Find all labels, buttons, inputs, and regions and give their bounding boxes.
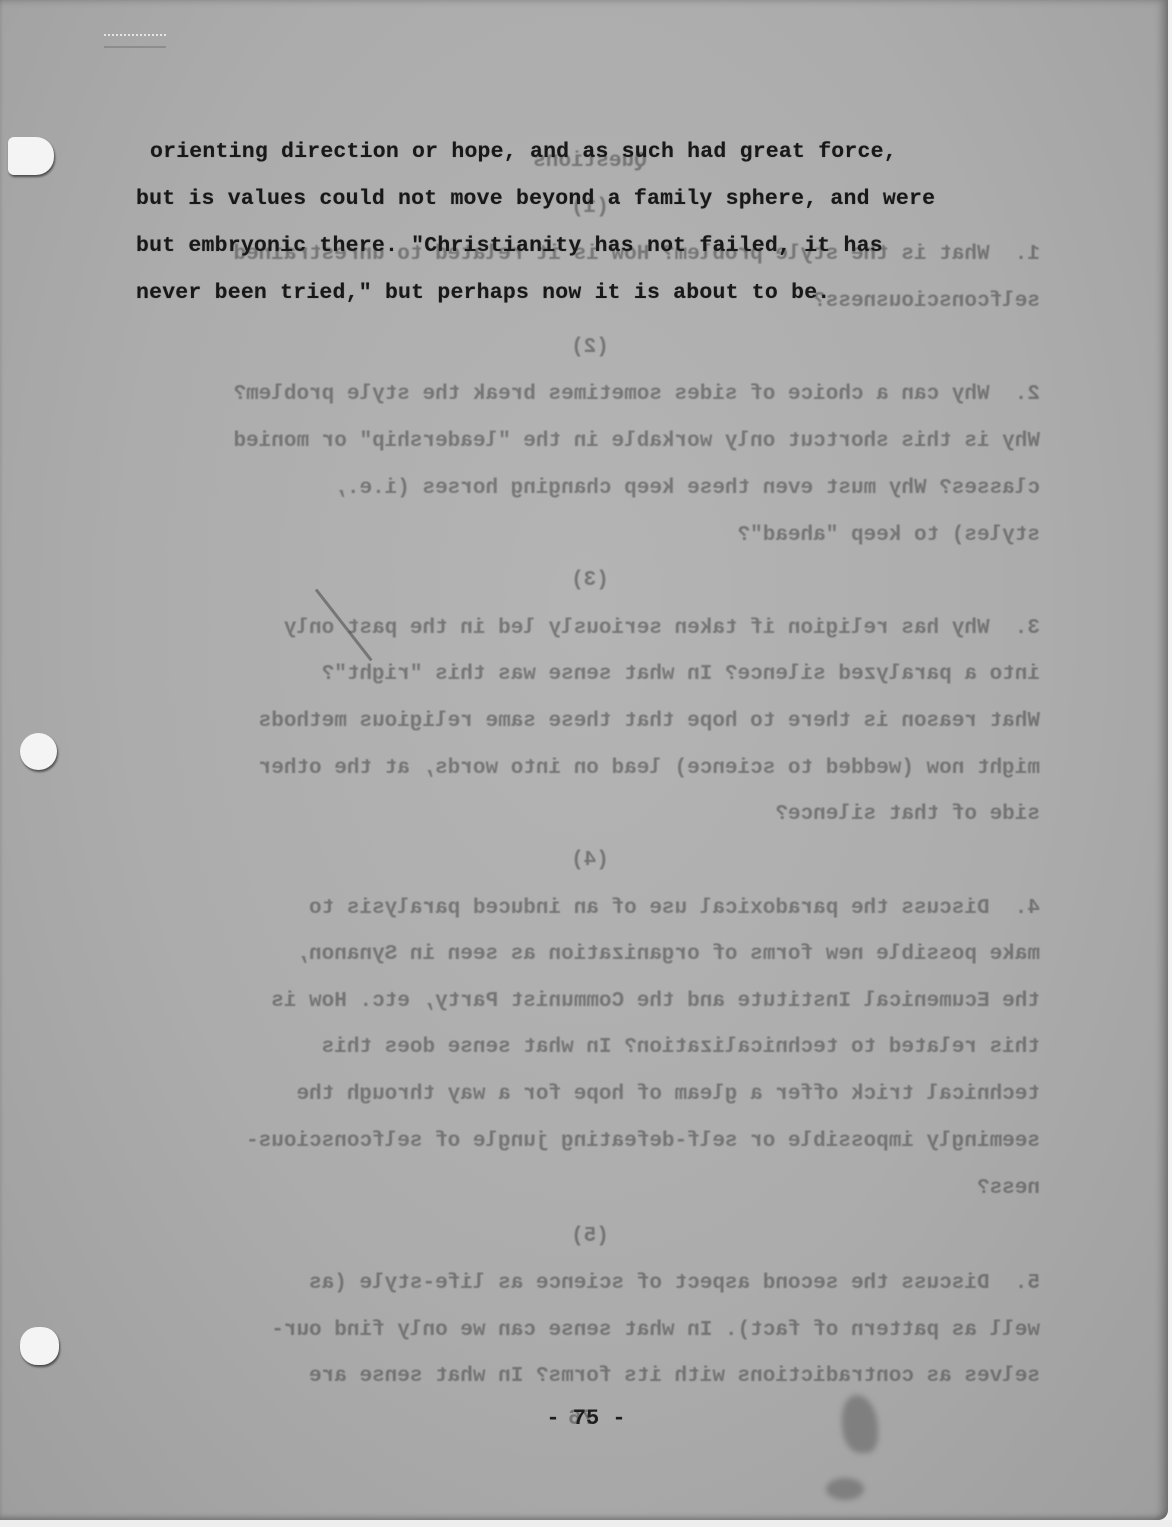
bleed-line: 4. Discuss the paradoxical use of an ind…	[309, 897, 1040, 920]
text-line: orienting direction or hope, and as such…	[150, 140, 897, 164]
bleed-line: What reason is there to hope that these …	[259, 710, 1040, 733]
bleed-line: into a paralyzed silence? In what sense …	[322, 663, 1040, 686]
bleed-line: might now (wedded to science) lead on in…	[259, 757, 1040, 780]
bleed-line: 5. Discuss the second aspect of science …	[309, 1272, 1040, 1295]
page-number: - 75 -	[0, 1406, 1168, 1431]
bleed-line: technical trick offer a gleam of hope fo…	[296, 1083, 1040, 1106]
text-line: but embryonic there. "Christianity has n…	[136, 234, 883, 258]
staple-mark	[104, 34, 166, 48]
bleed-line: make possible new forms of organization …	[296, 943, 1040, 966]
punch-hole-bottom	[20, 1327, 59, 1365]
bleed-line: the Ecumenical Institute and the Communi…	[271, 990, 1040, 1013]
bleed-line: side of that silence?	[775, 803, 1040, 826]
bleed-line: this related to technicalization? In wha…	[322, 1036, 1040, 1059]
bleed-line: seemingly impossible or self-defeating j…	[246, 1130, 1040, 1153]
pencil-mark	[315, 589, 373, 662]
document-page: Questions (1) 1. What is the style probl…	[0, 0, 1168, 1520]
bleed-line: well as pattern of fact). In what sense …	[271, 1319, 1040, 1342]
bleed-section-label: (4)	[140, 849, 1040, 872]
reverse-side-bleed-through: Questions (1) 1. What is the style probl…	[140, 0, 1040, 1500]
bleed-line: classes? Why must even these keep changi…	[334, 477, 1040, 500]
bleed-line: selfconsciousness?	[813, 290, 1040, 313]
bleed-section-label: (5)	[140, 1225, 1040, 1248]
bleed-line: 3. Why has religion if taken seriously l…	[284, 617, 1040, 640]
text-line: but is values could not move beyond a fa…	[136, 187, 935, 211]
bleed-line: styles) to keep "ahead"?	[738, 524, 1040, 547]
bleed-section-label: (3)	[140, 569, 1040, 592]
punch-hole-top	[8, 137, 54, 175]
bleed-line: ness?	[977, 1177, 1040, 1200]
scan-margin	[0, 1520, 1172, 1527]
ink-smudge	[826, 1478, 864, 1500]
bleed-line: 2. Why can a choice of sides sometimes b…	[233, 383, 1040, 406]
punch-hole-middle	[20, 733, 57, 770]
bleed-section-label: (2)	[140, 336, 1040, 359]
bleed-line: selves as contradictions with its forms?…	[309, 1365, 1040, 1388]
text-line: never been tried," but perhaps now it is…	[136, 281, 830, 305]
bleed-line: Why is this shortcut only workable in th…	[233, 430, 1040, 453]
